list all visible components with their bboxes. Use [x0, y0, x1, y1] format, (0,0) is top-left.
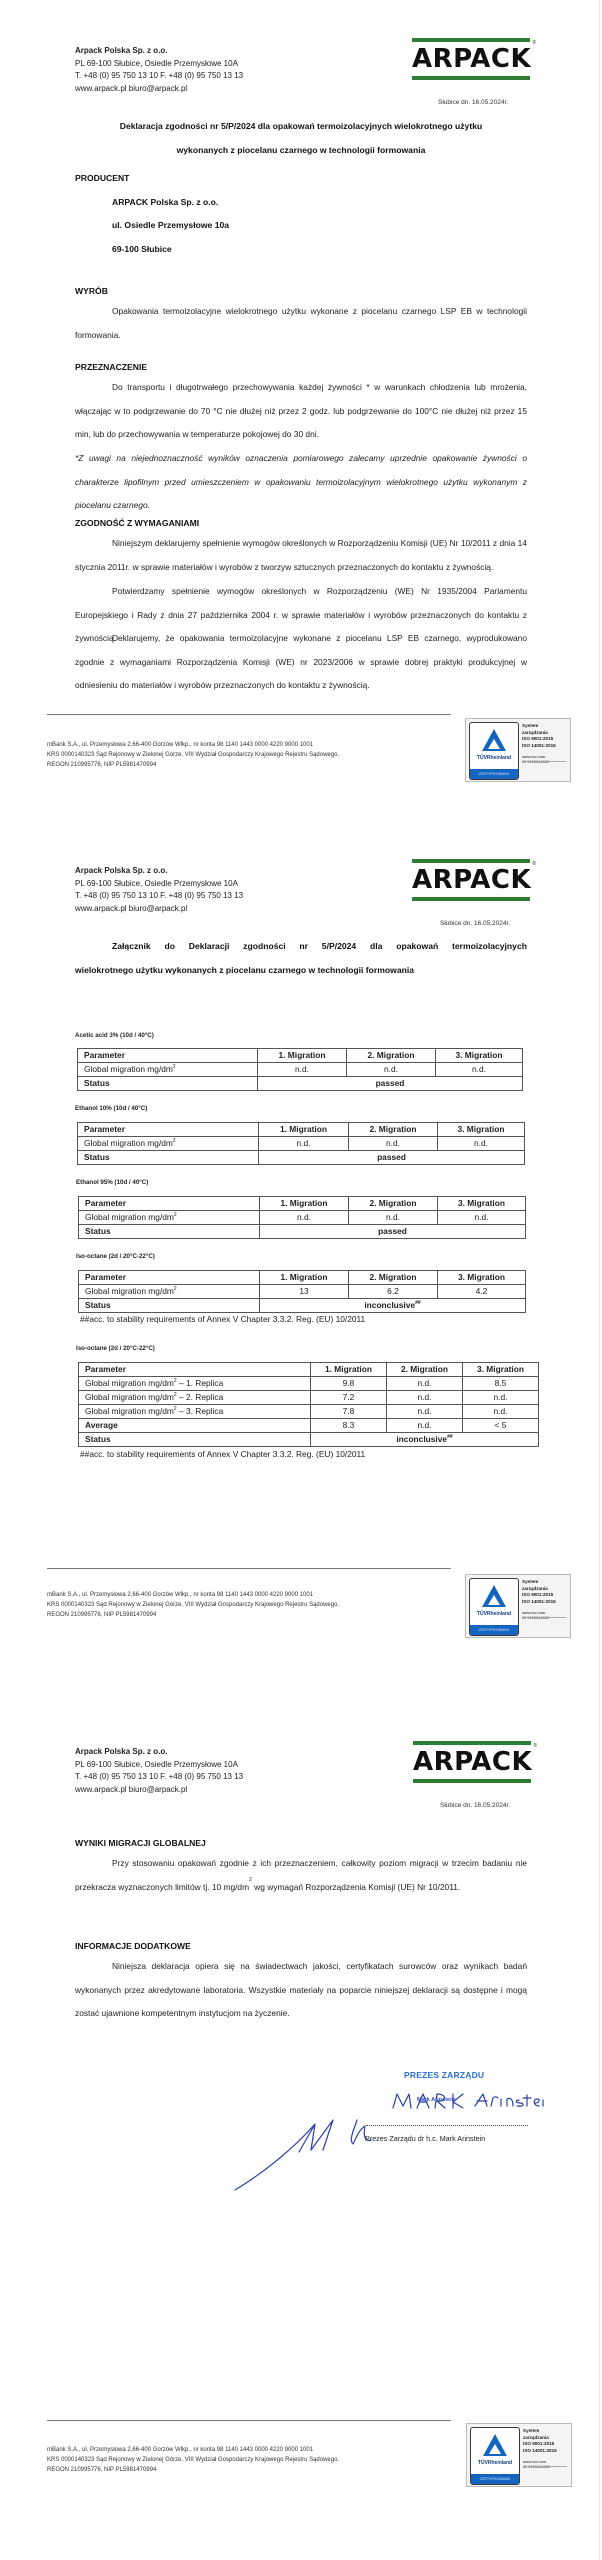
przeznaczenie-note: *Z uwagi na niejednoznaczność wyników oz…	[75, 447, 527, 518]
cert-separator	[523, 2466, 567, 2467]
arpack-logo: ARPACK ®	[412, 38, 532, 82]
value-cell: n.d.	[349, 1211, 438, 1225]
cert-zarzadzania: zarządzania	[522, 1586, 568, 1593]
footer-regon-line: REGON 210995776, NIP PL5981470994	[47, 1610, 339, 1620]
cert-zarzadzania: zarządzania	[522, 730, 568, 737]
producent-heading: PRODUCENT	[75, 173, 129, 183]
letterhead-company-block: Arpack Polska Sp. z o.o. PL 69-100 Słubi…	[75, 1746, 243, 1796]
status-label-cell: Status	[78, 1151, 259, 1165]
value-cell: n.d.	[347, 1063, 436, 1077]
footer-company-info: mBank S.A., ul. Przemysłowa 2,66-400 Gor…	[47, 2445, 339, 2475]
logo-bar-top	[412, 38, 530, 42]
footer-bank-line: mBank S.A., ul. Przemysłowa 2,66-400 Gor…	[47, 1590, 339, 1600]
tuv-certificate-badge: TÜVRheinland CERTYFIKOWANO System zarząd…	[465, 718, 571, 782]
migration-table-label: Iso-octane (2d / 20°C-22°C)	[76, 1253, 155, 1260]
tuv-brand: TÜVRheinland	[470, 755, 518, 761]
value-cell: n.d.	[259, 1137, 349, 1151]
value-cell: n.d.	[438, 1211, 526, 1225]
parameter-cell: Global migration mg/dm2 – 2. Replica	[79, 1391, 311, 1405]
table-header-row: Parameter1. Migration2. Migration3. Migr…	[78, 1049, 523, 1063]
table-header-cell: Parameter	[78, 1049, 258, 1063]
status-row: Statuspassed	[79, 1225, 526, 1239]
table-row: Global migration mg/dm2n.d.n.d.n.d.	[78, 1137, 525, 1151]
parameter-cell: Global migration mg/dm2	[78, 1137, 259, 1151]
table-header-cell: 3. Migration	[438, 1123, 525, 1137]
table-footnote: ##acc. to stability requirements of Anne…	[80, 1314, 365, 1324]
footer-regon-line: REGON 210995776, NIP PL5981470994	[47, 2465, 339, 2475]
company-phone-fax: T. +48 (0) 95 750 13 10 F. +48 (0) 95 75…	[75, 890, 243, 903]
producent-street: ul. Osiedle Przemysłowe 10a	[112, 220, 229, 230]
informacje-heading: INFORMACJE DODATKOWE	[75, 1941, 191, 1951]
company-name: Arpack Polska Sp. z o.o.	[75, 1746, 243, 1759]
tuv-triangle-inner	[489, 2444, 501, 2454]
tuv-logo: TÜVRheinland CERTYFIKOWANO	[469, 722, 519, 780]
arpack-logo: ARPACK ®	[413, 1741, 533, 1785]
status-row: Statuspassed	[78, 1077, 523, 1091]
cert-zarzadzania: zarządzania	[523, 2435, 569, 2442]
average-row: Average8.3n.d.< 5	[79, 1419, 539, 1433]
producent-city: 69-100 Słubice	[112, 244, 172, 254]
table-header-cell: 3. Migration	[436, 1049, 523, 1063]
cert-separator	[522, 1617, 566, 1618]
table-row: Global migration mg/dm2136.24.2	[79, 1285, 526, 1299]
status-label-cell: Status	[79, 1299, 260, 1313]
table-header-cell: 2. Migration	[387, 1363, 463, 1377]
footer-company-info: mBank S.A., ul. Przemysłowa 2,66-400 Gor…	[47, 740, 339, 770]
cert-iso-14001: ISO 14001:2015	[522, 743, 568, 750]
table-header-row: Parameter1. Migration2. Migration3. Migr…	[79, 1363, 539, 1377]
signature-line	[366, 2125, 528, 2126]
cert-separator	[522, 761, 566, 762]
value-cell: 7.2	[311, 1391, 387, 1405]
wyniki-text: Przy stosowaniu opakowań zgodnie z ich p…	[75, 1852, 527, 1899]
table-header-cell: 1. Migration	[260, 1271, 349, 1285]
value-cell: n.d.	[258, 1063, 347, 1077]
company-web-email: www.arpack.pl biuro@arpack.pl	[75, 1784, 243, 1797]
parameter-cell: Global migration mg/dm2 – 3. Replica	[79, 1405, 311, 1419]
registered-mark-icon: ®	[533, 1743, 537, 1749]
tuv-brand: TÜVRheinland	[470, 1611, 518, 1617]
footer-bank-line: mBank S.A., ul. Przemysłowa 2,66-400 Gor…	[47, 740, 339, 750]
average-value-cell: n.d.	[387, 1419, 463, 1433]
migration-table: Parameter1. Migration2. Migration3. Migr…	[77, 1122, 525, 1165]
company-address: PL 69-100 Słubice, Osiedle Przemysłowe 1…	[75, 878, 243, 891]
migration-table-label: Ethanol 95% (10d / 40°C)	[76, 1179, 148, 1186]
value-cell: 13	[260, 1285, 349, 1299]
cert-iso-9001: ISO 9001:2015	[523, 2441, 569, 2448]
company-name: Arpack Polska Sp. z o.o.	[75, 45, 243, 58]
signature-stamp-title: PREZES ZARZĄDU	[404, 2070, 484, 2080]
annex-title: Załącznik do Deklaracji zgodności nr 5/P…	[75, 934, 527, 982]
page-1: Arpack Polska Sp. z o.o. PL 69-100 Słubi…	[0, 0, 602, 850]
table-row: Global migration mg/dm2 – 2. Replica7.2n…	[79, 1391, 539, 1405]
cert-system: System	[522, 723, 568, 730]
letterhead-company-block: Arpack Polska Sp. z o.o. PL 69-100 Słubi…	[75, 865, 243, 915]
table-header-row: Parameter1. Migration2. Migration3. Migr…	[79, 1271, 526, 1285]
migration-table-label: Ethanol 10% (10d / 40°C)	[75, 1105, 147, 1112]
value-cell: n.d.	[463, 1391, 539, 1405]
company-phone-fax: T. +48 (0) 95 750 13 10 F. +48 (0) 95 75…	[75, 70, 243, 83]
document-title-line-2: wykonanych z piocelanu czarnego w techno…	[0, 138, 602, 162]
company-address: PL 69-100 Słubice, Osiedle Przemysłowe 1…	[75, 58, 243, 71]
logo-wordmark: ARPACK	[413, 1746, 531, 1778]
table-row: Global migration mg/dm2n.d.n.d.n.d.	[78, 1063, 523, 1077]
table-header-row: Parameter1. Migration2. Migration3. Migr…	[79, 1197, 526, 1211]
status-value-cell: passed	[260, 1225, 526, 1239]
tuv-logo: TÜVRheinland CERTYFIKOWANO	[469, 1578, 519, 1636]
cert-iso-14001: ISO 14001:2015	[522, 1599, 568, 1606]
tuv-triangle-inner	[488, 739, 500, 749]
footer-divider	[47, 2420, 451, 2421]
table-header-cell: 3. Migration	[463, 1363, 539, 1377]
table-header-cell: 2. Migration	[349, 1271, 438, 1285]
table-header-cell: Parameter	[78, 1123, 259, 1137]
table-header-cell: Parameter	[79, 1197, 260, 1211]
tuv-band: CERTYFIKOWANO	[471, 2474, 519, 2484]
tuv-logo: TÜVRheinland CERTYFIKOWANO	[470, 2427, 520, 2485]
cert-iso-9001: ISO 9001:2015	[522, 1592, 568, 1599]
migration-table-label: Iso-octane (2d / 20°C-22°C)	[76, 1345, 155, 1352]
average-value-cell: 8.3	[311, 1419, 387, 1433]
parameter-cell: Global migration mg/dm2 – 1. Replica	[79, 1377, 311, 1391]
tuv-band: CERTYFIKOWANO	[470, 1625, 518, 1635]
value-cell: n.d.	[436, 1063, 523, 1077]
wyrob-text: Opakowania termoizolacyjne wielokrotnego…	[75, 300, 527, 347]
migration-table-label: Acetic acid 3% (10d / 40°C)	[75, 1032, 154, 1039]
status-row: Statusinconclusive##	[79, 1433, 539, 1447]
wyrob-heading: WYRÓB	[75, 286, 108, 296]
status-label-cell: Status	[79, 1225, 260, 1239]
table-header-cell: 1. Migration	[260, 1197, 349, 1211]
footer-regon-line: REGON 210995776, NIP PL5981470994	[47, 760, 339, 770]
cert-system: System	[522, 1579, 568, 1586]
annex-title-line-1: Załącznik do Deklaracji zgodności nr 5/P…	[75, 934, 527, 958]
table-footnote: ##acc. to stability requirements of Anne…	[80, 1449, 365, 1459]
average-label-cell: Average	[79, 1419, 311, 1433]
tuv-triangle-inner	[488, 1595, 500, 1605]
registered-mark-icon: ®	[532, 40, 536, 46]
status-value-cell: inconclusive##	[311, 1433, 539, 1447]
value-cell: n.d.	[260, 1211, 349, 1225]
table-header-cell: 3. Migration	[438, 1197, 526, 1211]
migration-table: Parameter1. Migration2. Migration3. Migr…	[78, 1362, 539, 1447]
value-cell: 8.5	[463, 1377, 539, 1391]
table-header-row: Parameter1. Migration2. Migration3. Migr…	[78, 1123, 525, 1137]
company-name: Arpack Polska Sp. z o.o.	[75, 865, 243, 878]
table-row: Global migration mg/dm2 – 1. Replica9.8n…	[79, 1377, 539, 1391]
value-cell: n.d.	[438, 1137, 525, 1151]
cert-iso-9001: ISO 9001:2015	[522, 736, 568, 743]
tuv-cert-details: System zarządzania ISO 9001:2015 ISO 140…	[522, 1579, 568, 1620]
cert-iso-14001: ISO 14001:2015	[523, 2448, 569, 2455]
company-phone-fax: T. +48 (0) 95 750 13 10 F. +48 (0) 95 75…	[75, 1771, 243, 1784]
table-header-cell: 2. Migration	[349, 1197, 438, 1211]
company-web-email: www.arpack.pl biuro@arpack.pl	[75, 903, 243, 916]
table-header-cell: 2. Migration	[347, 1049, 436, 1063]
arpack-logo: ARPACK ®	[412, 859, 532, 903]
tuv-certificate-badge: TÜVRheinland CERTYFIKOWANO System zarząd…	[466, 2423, 572, 2487]
table-header-cell: 1. Migration	[311, 1363, 387, 1377]
page-2: Arpack Polska Sp. z o.o. PL 69-100 Słubi…	[0, 850, 602, 1700]
company-web-email: www.arpack.pl biuro@arpack.pl	[75, 83, 243, 96]
status-value-cell: passed	[259, 1151, 525, 1165]
parameter-cell: Global migration mg/dm2	[78, 1063, 258, 1077]
document-date: Słubice dn. 16.05.2024r.	[438, 99, 508, 106]
logo-bar-bottom	[412, 897, 530, 901]
table-header-cell: 1. Migration	[258, 1049, 347, 1063]
value-cell: n.d.	[463, 1405, 539, 1419]
table-header-cell: 3. Migration	[438, 1271, 526, 1285]
registered-mark-icon: ®	[532, 861, 536, 867]
wyniki-heading: WYNIKI MIGRACJI GLOBALNEJ	[75, 1838, 206, 1848]
status-value-cell: inconclusive##	[260, 1299, 526, 1313]
signature-caption: Prezes Zarządu dr h.c. Mark Arinstein	[365, 2134, 485, 2143]
footer-krs-line: KRS 0000140323 Sąd Rejonowy w Zielonej G…	[47, 1600, 339, 1610]
przeznaczenie-text: Do transportu i długotrwałego przechowyw…	[75, 376, 527, 447]
footer-krs-line: KRS 0000140323 Sąd Rejonowy w Zielonej G…	[47, 750, 339, 760]
document-title: Deklaracja zgodności nr 5/P/2024 dla opa…	[0, 114, 602, 162]
table-header-cell: 1. Migration	[259, 1123, 349, 1137]
logo-wordmark: ARPACK	[412, 43, 530, 75]
footer-divider	[47, 714, 451, 715]
value-cell: 7.8	[311, 1405, 387, 1419]
table-row: Global migration mg/dm2 – 3. Replica7.8n…	[79, 1405, 539, 1419]
value-cell: n.d.	[387, 1405, 463, 1419]
logo-bar-bottom	[412, 76, 530, 80]
logo-bar-top	[413, 1741, 531, 1745]
value-cell: n.d.	[387, 1391, 463, 1405]
value-cell: n.d.	[349, 1137, 438, 1151]
parameter-cell: Global migration mg/dm2	[79, 1211, 260, 1225]
table-header-cell: Parameter	[79, 1363, 311, 1377]
page-3: Arpack Polska Sp. z o.o. PL 69-100 Słubi…	[0, 1700, 602, 2560]
value-cell: 6.2	[349, 1285, 438, 1299]
tuv-certificate-badge: TÜVRheinland CERTYFIKOWANO System zarząd…	[465, 1574, 571, 1638]
value-cell: 4.2	[438, 1285, 526, 1299]
przeznaczenie-heading: PRZEZNACZENIE	[75, 362, 147, 372]
logo-bar-top	[412, 859, 530, 863]
tuv-brand: TÜVRheinland	[471, 2460, 519, 2466]
informacje-text: Niniejsza deklaracja opiera się na świad…	[75, 1955, 527, 2026]
logo-wordmark: ARPACK	[412, 864, 530, 896]
tuv-cert-details: System zarządzania ISO 9001:2015 ISO 140…	[522, 723, 568, 764]
footer-divider	[47, 1568, 451, 1569]
migration-table: Parameter1. Migration2. Migration3. Migr…	[78, 1196, 526, 1239]
zgodnosc-paragraph-3: Deklarujemy, że opakowania termoizolacyj…	[75, 627, 527, 698]
table-row: Global migration mg/dm2n.d.n.d.n.d.	[79, 1211, 526, 1225]
footer-company-info: mBank S.A., ul. Przemysłowa 2,66-400 Gor…	[47, 1590, 339, 1620]
tuv-cert-details: System zarządzania ISO 9001:2015 ISO 140…	[523, 2428, 569, 2469]
company-address: PL 69-100 Słubice, Osiedle Przemysłowe 1…	[75, 1759, 243, 1772]
migration-table: Parameter1. Migration2. Migration3. Migr…	[77, 1048, 523, 1091]
migration-table: Parameter1. Migration2. Migration3. Migr…	[78, 1270, 526, 1313]
annex-title-line-2: wielokrotnego użytku wykonanych z piocel…	[75, 958, 527, 982]
status-row: Statuspassed	[78, 1151, 525, 1165]
parameter-cell: Global migration mg/dm2	[79, 1285, 260, 1299]
footer-krs-line: KRS 0000140323 Sąd Rejonowy w Zielonej G…	[47, 2455, 339, 2465]
zgodnosc-heading: ZGODNOŚĆ Z WYMAGANIAMI	[75, 518, 199, 528]
cert-system: System	[523, 2428, 569, 2435]
logo-bar-bottom	[413, 1779, 531, 1783]
document-date: Słubice dn. 16.05.2024r.	[440, 1802, 510, 1809]
status-label-cell: Status	[78, 1077, 258, 1091]
zgodnosc-paragraph-1: Niniejszym deklarujemy spełnienie wymogó…	[75, 532, 527, 579]
table-header-cell: Parameter	[79, 1271, 260, 1285]
average-value-cell: < 5	[463, 1419, 539, 1433]
tuv-band: CERTYFIKOWANO	[470, 769, 518, 779]
table-header-cell: 2. Migration	[349, 1123, 438, 1137]
value-cell: 9.8	[311, 1377, 387, 1391]
status-value-cell: passed	[258, 1077, 523, 1091]
status-row: Statusinconclusive##	[79, 1299, 526, 1313]
producent-name: ARPACK Polska Sp. z o.o.	[112, 197, 218, 207]
letterhead-company-block: Arpack Polska Sp. z o.o. PL 69-100 Słubi…	[75, 45, 243, 95]
footer-bank-line: mBank S.A., ul. Przemysłowa 2,66-400 Gor…	[47, 2445, 339, 2455]
document-date: Słubice dn. 16.05.2024r.	[440, 920, 510, 927]
status-label-cell: Status	[79, 1433, 311, 1447]
value-cell: n.d.	[387, 1377, 463, 1391]
document-title-line-1: Deklaracja zgodności nr 5/P/2024 dla opa…	[0, 114, 602, 138]
